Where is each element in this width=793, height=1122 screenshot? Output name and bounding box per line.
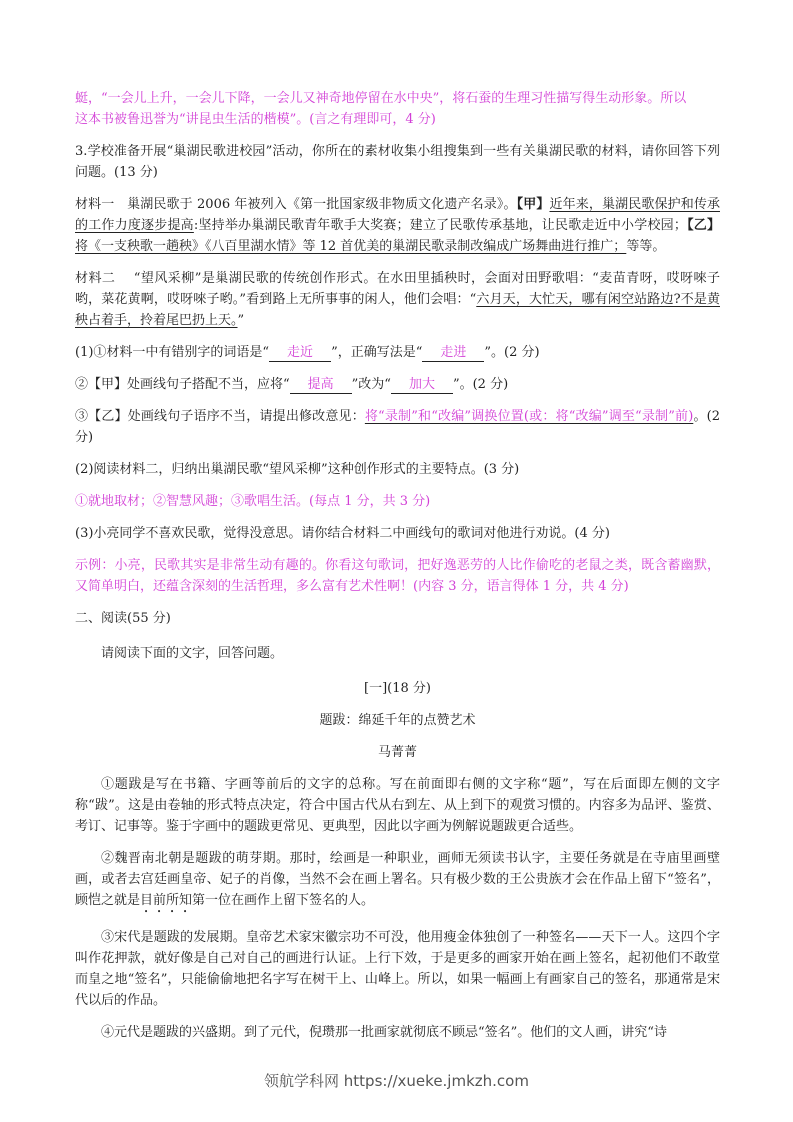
reading-instruction: 请阅读下面的文字，回答问题。: [75, 643, 720, 664]
answer-original-word: 提高: [304, 377, 338, 392]
paragraph-2-end: 第一位在画作上留下签名的人。: [192, 893, 374, 908]
sub-1-3-text: ③【乙】处画线句子语序不当，请提出修改意见：: [75, 409, 365, 424]
paragraph-4: ④元代是题跋的兴盛期。到了元代，倪瓒那一批画家就彻底不顾忌“签名”。他们的文人画…: [75, 1022, 720, 1043]
answer-replacement-word: 加大: [405, 377, 439, 392]
material-2-end: ”: [238, 313, 245, 328]
sub-1-1-text: (1)①材料一中有错别字的词语是“: [75, 345, 269, 360]
underlined-sentence-yi: 将《一支秧歌一趟秧》《八百里湖水情》等 12 首优美的巢湖民歌录制改编成广场舞曲…: [75, 239, 626, 254]
material-1-mid: :坚持举办巢湖民歌青年歌手大奖赛；建立了民歌传承基地，让民歌走近中小学校园；: [194, 218, 687, 233]
mark-yi: 【乙】: [687, 218, 720, 233]
material-1-end: 等等。: [626, 239, 665, 254]
sub-question-3-prompt: (3)小亮同学不喜欢民歌，觉得没意思。请你结合材料二中画线句的歌词对他进行劝说。…: [75, 523, 720, 544]
sub-1-2-end: ”。(2 分): [453, 377, 508, 392]
section-2-heading: 二、阅读(55 分): [75, 608, 720, 629]
document-page: 蜓，“一会儿上升，一会儿下降，一会儿又神奇地停留在水中央”，将石蚕的生理习性描写…: [75, 88, 720, 1043]
sub-question-1-3: ③【乙】处画线句子语序不当，请提出修改意见：将“录制”和“改编”调换位置(或：将…: [75, 406, 720, 448]
answer-blank: 走进: [422, 344, 484, 362]
sub-question-3-answer: 示例：小亮，民歌其实是非常生动有趣的。你看这句歌词，把好逸恶劳的人比作偷吃的老鼠…: [75, 555, 720, 597]
sub-1-2-mid: ”改为“: [352, 377, 391, 392]
paragraph-1: ①题跋是写在书籍、字画等前后的文字的总称。写在前面即右侧的文字称“题”，写在后面…: [75, 774, 720, 837]
paragraph-3: ③宋代是题跋的发展期。皇帝艺术家宋徽宗功不可没，他用瘦金体独创了一种签名——天下…: [75, 927, 720, 1011]
footer-watermark: 领航学科网 https://xueke.jmkzh.com: [0, 1070, 793, 1091]
material-2-label: 材料二: [75, 271, 115, 286]
sub-question-2-prompt: (2)阅读材料二，归纳出巢湖民歌“望风采柳”这种创作形式的主要特点。(3 分): [75, 459, 720, 480]
material-1-label: 材料一: [75, 197, 114, 212]
sub-question-1-2: ②【甲】处画线句子搭配不当，应将“提高”改为“加大”。(2 分): [75, 374, 720, 395]
previous-answer-line1: 蜓，“一会儿上升，一会儿下降，一会儿又神奇地停留在水中央”，将石蚕的生理习性描写…: [75, 91, 686, 106]
material-2: 材料二 “望风采柳”是巢湖民歌的传统创作形式。在水田里插秧时，会面对田野歌唱：“…: [75, 268, 720, 331]
sub-question-2-answer: ①就地取材；②智慧风趣；③歌唱生活。(每点 1 分，共 3 分): [75, 491, 720, 512]
sub-question-1-1: (1)①材料一中有错别字的词语是“走近”，正确写法是“走进”。(2 分): [75, 342, 720, 363]
previous-answer-line2: 这本书被鲁迅誉为“讲昆虫生活的楷模”。(言之有理即可，4 分): [75, 112, 436, 127]
sub-1-1-end: ”。(2 分): [484, 345, 539, 360]
answer-word-order: 将“录制”和“改编”调换位置(或：将“改编”调至“录制”前): [365, 409, 693, 424]
emphasized-phrase: 目前所知: [140, 893, 192, 908]
sub-1-2-text: ②【甲】处画线句子搭配不当，应将“: [75, 377, 290, 392]
mark-jia: 【甲】: [517, 197, 550, 212]
answer-correct-word: 走进: [436, 345, 470, 360]
answer-blank: 走近: [269, 344, 331, 362]
answer-blank: 提高: [290, 376, 352, 394]
sub-1-1-mid: ”，正确写法是“: [331, 345, 422, 360]
part-label: [一](18 分): [75, 678, 720, 699]
previous-answer: 蜓，“一会儿上升，一会儿下降，一会儿又神奇地停留在水中央”，将石蚕的生理习性描写…: [75, 88, 720, 130]
article-author: 马菁菁: [75, 742, 720, 763]
answer-wrong-word: 走近: [283, 345, 317, 360]
question-3-prompt: 3.学校准备开展“巢湖民歌进校园”活动，你所在的素材收集小组搜集到一些有关巢湖民…: [75, 141, 720, 183]
material-1: 材料一 巢湖民歌于 2006 年被列入《第一批国家级非物质文化遗产名录》。【甲】…: [75, 194, 720, 257]
material-1-text: 巢湖民歌于 2006 年被列入《第一批国家级非物质文化遗产名录》。: [127, 197, 516, 212]
answer-blank: 加大: [391, 376, 453, 394]
article-title: 题跋：绵延千年的点赞艺术: [75, 710, 720, 731]
paragraph-2: ②魏晋南北朝是题跋的萌芽期。那时，绘画是一种职业，画师无须读书认字，主要任务就是…: [75, 848, 720, 916]
